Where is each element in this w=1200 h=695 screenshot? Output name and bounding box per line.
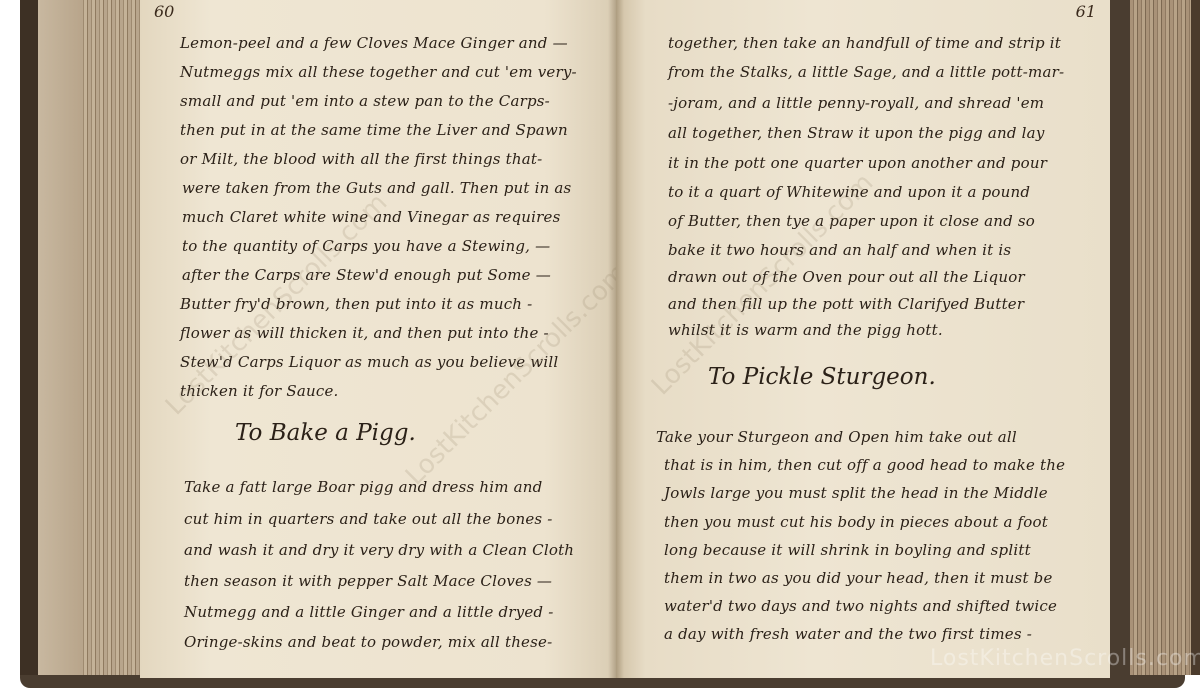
text-line: Take your Sturgeon and Open him take out… (656, 428, 1017, 446)
book-gutter (608, 0, 624, 678)
text-line: together, then take an handfull of time … (668, 34, 1061, 52)
text-line: whilst it is warm and the pigg hott. (668, 321, 943, 339)
left-endpaper (38, 0, 80, 675)
text-line: then put in at the same time the Liver a… (180, 121, 568, 139)
text-line: then season it with pepper Salt Mace Clo… (184, 572, 552, 590)
text-line: flower as will thicken it, and then put … (180, 324, 549, 342)
text-line: to it a quart of Whitewine and upon it a… (668, 183, 1030, 201)
text-line: Take a fatt large Boar pigg and dress hi… (184, 478, 542, 496)
text-line: to the quantity of Carps you have a Stew… (182, 237, 550, 255)
text-line: small and put 'em into a stew pan to the… (180, 92, 550, 110)
text-line: bake it two hours and an half and when i… (668, 241, 1011, 259)
left-cover-edge (20, 0, 38, 675)
text-line: -joram, and a little penny-royall, and s… (668, 94, 1044, 112)
text-line: were taken from the Guts and gall. Then … (182, 179, 571, 197)
text-line: thicken it for Sauce. (180, 382, 339, 400)
text-line: Jowls large you must split the head in t… (664, 484, 1048, 502)
text-line: all together, then Straw it upon the pig… (668, 124, 1045, 142)
text-line: Nutmegg and a little Ginger and a little… (184, 603, 553, 621)
recipe-heading: To Pickle Sturgeon. (708, 364, 936, 390)
text-line: then you must cut his body in pieces abo… (664, 513, 1048, 531)
text-line: after the Carps are Stew'd enough put So… (182, 266, 551, 284)
text-line: of Butter, then tye a paper upon it clos… (668, 212, 1035, 230)
text-line: it in the pott one quarter upon another … (668, 154, 1047, 172)
text-line: and wash it and dry it very dry with a C… (184, 541, 574, 559)
text-line: Lemon-peel and a few Cloves Mace Ginger … (180, 34, 568, 52)
right-page: 61 together, then take an handfull of ti… (616, 0, 1110, 678)
right-page-edges (1130, 0, 1200, 675)
text-line: Nutmeggs mix all these together and cut … (180, 63, 577, 81)
recipe-heading: To Bake a Pigg. (235, 420, 416, 446)
text-line: much Claret white wine and Vinegar as re… (182, 208, 561, 226)
watermark-bottom: LostKitchenScrolls.com (930, 646, 1200, 671)
page-number-left: 60 (154, 2, 174, 21)
text-line: Butter fry'd brown, then put into it as … (180, 295, 532, 313)
left-page: 60 Lemon-peel and a few Cloves Mace Ging… (140, 0, 616, 678)
right-cover-edge (1191, 0, 1200, 675)
text-line: from the Stalks, a little Sage, and a li… (668, 63, 1064, 81)
text-line: them in two as you did your head, then i… (664, 569, 1053, 587)
text-line: cut him in quarters and take out all the… (184, 510, 553, 528)
text-line: long because it will shrink in boyling a… (664, 541, 1031, 559)
text-line: and then fill up the pott with Clarifyed… (668, 295, 1024, 313)
text-line: a day with fresh water and the two first… (664, 625, 1032, 643)
watermark-text: LostKitchenScrolls.com (400, 258, 633, 491)
page-number-right: 61 (1076, 2, 1096, 21)
text-line: Stew'd Carps Liquor as much as you belie… (180, 353, 558, 371)
text-line: that is in him, then cut off a good head… (664, 456, 1065, 474)
text-line: Oringe-skins and beat to powder, mix all… (184, 633, 552, 651)
text-line: or Milt, the blood with all the first th… (180, 150, 542, 168)
text-line: water'd two days and two nights and shif… (664, 597, 1057, 615)
text-line: drawn out of the Oven pour out all the L… (668, 268, 1025, 286)
